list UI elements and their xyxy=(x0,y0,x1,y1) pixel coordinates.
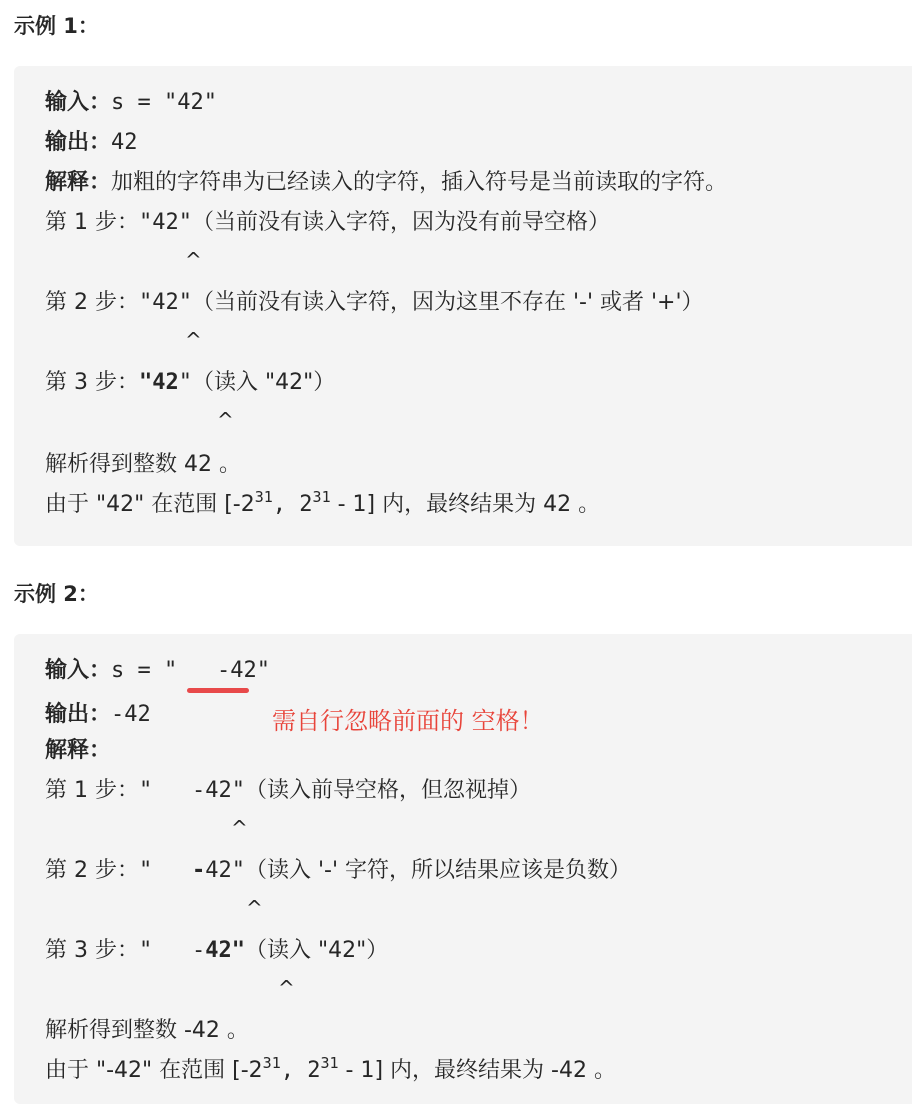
example-1-heading: 示例 1： xyxy=(14,10,99,40)
caret-icon: ^ xyxy=(185,330,202,350)
output-value: 42 xyxy=(111,130,138,155)
step-bold-string: 42" xyxy=(205,938,245,963)
example-2-output: 输出：-42 xyxy=(45,700,151,730)
step-string: 42" xyxy=(152,290,192,315)
step-comment: （读入前导空格，但忽视掉） xyxy=(245,778,531,803)
example-2-range: 由于 "-42" 在范围 [-231, 231 - 1] 内，最终结果为 -42… xyxy=(45,1056,616,1086)
range-prefix: 由于 "-42" 在范围 [-2 xyxy=(45,1058,263,1083)
step-prefix: 第 1 步： xyxy=(45,778,139,803)
example-1-explain: 解释：加粗的字符串为已经读入的字符，插入符号是当前读取的字符。 xyxy=(45,168,727,198)
output-value: -42 xyxy=(111,702,151,727)
example-2-step-2: 第 2 步：" -42"（读入 '-' 字符，所以结果应该是负数） xyxy=(45,856,631,886)
example-1-step-1: 第 1 步："42"（当前没有读入字符，因为没有前导空格） xyxy=(45,208,610,238)
input-label: 输入： xyxy=(45,90,111,115)
example-1-input: 输入：s = "42" xyxy=(45,88,217,118)
parsed-text: 解析得到整数 42 。 xyxy=(45,452,241,477)
example-1-output: 输出：42 xyxy=(45,128,138,158)
exponent: 31 xyxy=(263,1054,281,1072)
example-1-step-2: 第 2 步："42"（当前没有读入字符，因为这里不存在 '-' 或者 '+'） xyxy=(45,288,704,318)
example-2-step-3: 第 3 步：" -42"（读入 "42"） xyxy=(45,936,388,966)
example-1-step-3: 第 3 步："42"（读入 "42"） xyxy=(45,368,335,398)
example-2-heading: 示例 2： xyxy=(14,578,99,608)
caret-icon: ^ xyxy=(278,978,295,998)
exponent: 31 xyxy=(313,488,331,506)
caret-icon: ^ xyxy=(231,818,248,838)
example-1-parsed: 解析得到整数 42 。 xyxy=(45,450,241,480)
step-prefix: 第 1 步： xyxy=(45,210,139,235)
exponent: 31 xyxy=(255,488,273,506)
example-2-parsed: 解析得到整数 -42 。 xyxy=(45,1016,249,1046)
step-prefix: 第 3 步： xyxy=(45,370,139,395)
step-quote: " xyxy=(139,858,192,883)
range-mid: , 2 xyxy=(273,492,313,517)
input-value-suffix: -42" xyxy=(177,658,270,683)
range-prefix: 由于 "42" 在范围 [-2 xyxy=(45,492,255,517)
step-prefix: 第 2 步： xyxy=(45,858,139,883)
parsed-text: 解析得到整数 -42 。 xyxy=(45,1018,249,1043)
step-quote: " xyxy=(139,938,192,963)
example-2-input: 输入：s = " -42" xyxy=(45,656,270,686)
explain-label: 解释： xyxy=(45,170,111,195)
step-quote: " xyxy=(139,210,152,235)
step-comment: （读入 '-' 字符，所以结果应该是负数） xyxy=(245,858,631,883)
range-mid: , 2 xyxy=(281,1058,321,1083)
example-2-explain: 解释： xyxy=(45,736,111,766)
caret-icon: ^ xyxy=(185,250,202,270)
annotation-note: 需自行忽略前面的 空格！ xyxy=(272,701,544,736)
step-comment: （读入 "42"） xyxy=(192,370,335,395)
step-bold-string: - xyxy=(192,858,205,883)
input-value: s = "42" xyxy=(111,90,217,115)
step-prefix: 第 3 步： xyxy=(45,938,139,963)
step-comment: （当前没有读入字符，因为没有前导空格） xyxy=(192,210,610,235)
example-2-step-1: 第 1 步：" -42"（读入前导空格，但忽视掉） xyxy=(45,776,531,806)
output-label: 输出： xyxy=(45,702,111,727)
input-label: 输入： xyxy=(45,658,111,683)
exponent: 31 xyxy=(320,1054,338,1072)
input-value-prefix: s = " xyxy=(111,658,177,683)
red-underline-mark xyxy=(187,688,249,693)
step-bold-string: "42 xyxy=(139,370,179,395)
step-quote: " xyxy=(139,290,152,315)
step-comment: （当前没有读入字符，因为这里不存在 '-' 或者 '+'） xyxy=(192,290,704,315)
caret-icon: ^ xyxy=(246,898,263,918)
range-suffix: - 1] 内，最终结果为 42 。 xyxy=(331,492,600,517)
range-suffix: - 1] 内，最终结果为 -42 。 xyxy=(339,1058,616,1083)
explain-label: 解释： xyxy=(45,738,111,763)
step-comment: （读入 "42"） xyxy=(245,938,388,963)
step-string: 42" xyxy=(152,210,192,235)
output-label: 输出： xyxy=(45,130,111,155)
step-plain: - xyxy=(192,938,205,963)
example-1-range: 由于 "42" 在范围 [-231, 231 - 1] 内，最终结果为 42 。 xyxy=(45,490,600,520)
explain-text: 加粗的字符串为已经读入的字符，插入符号是当前读取的字符。 xyxy=(111,170,727,195)
step-string: 42" xyxy=(205,858,245,883)
step-string: " xyxy=(179,370,192,395)
step-prefix: 第 2 步： xyxy=(45,290,139,315)
step-string: " -42" xyxy=(139,778,245,803)
caret-icon: ^ xyxy=(217,410,234,430)
